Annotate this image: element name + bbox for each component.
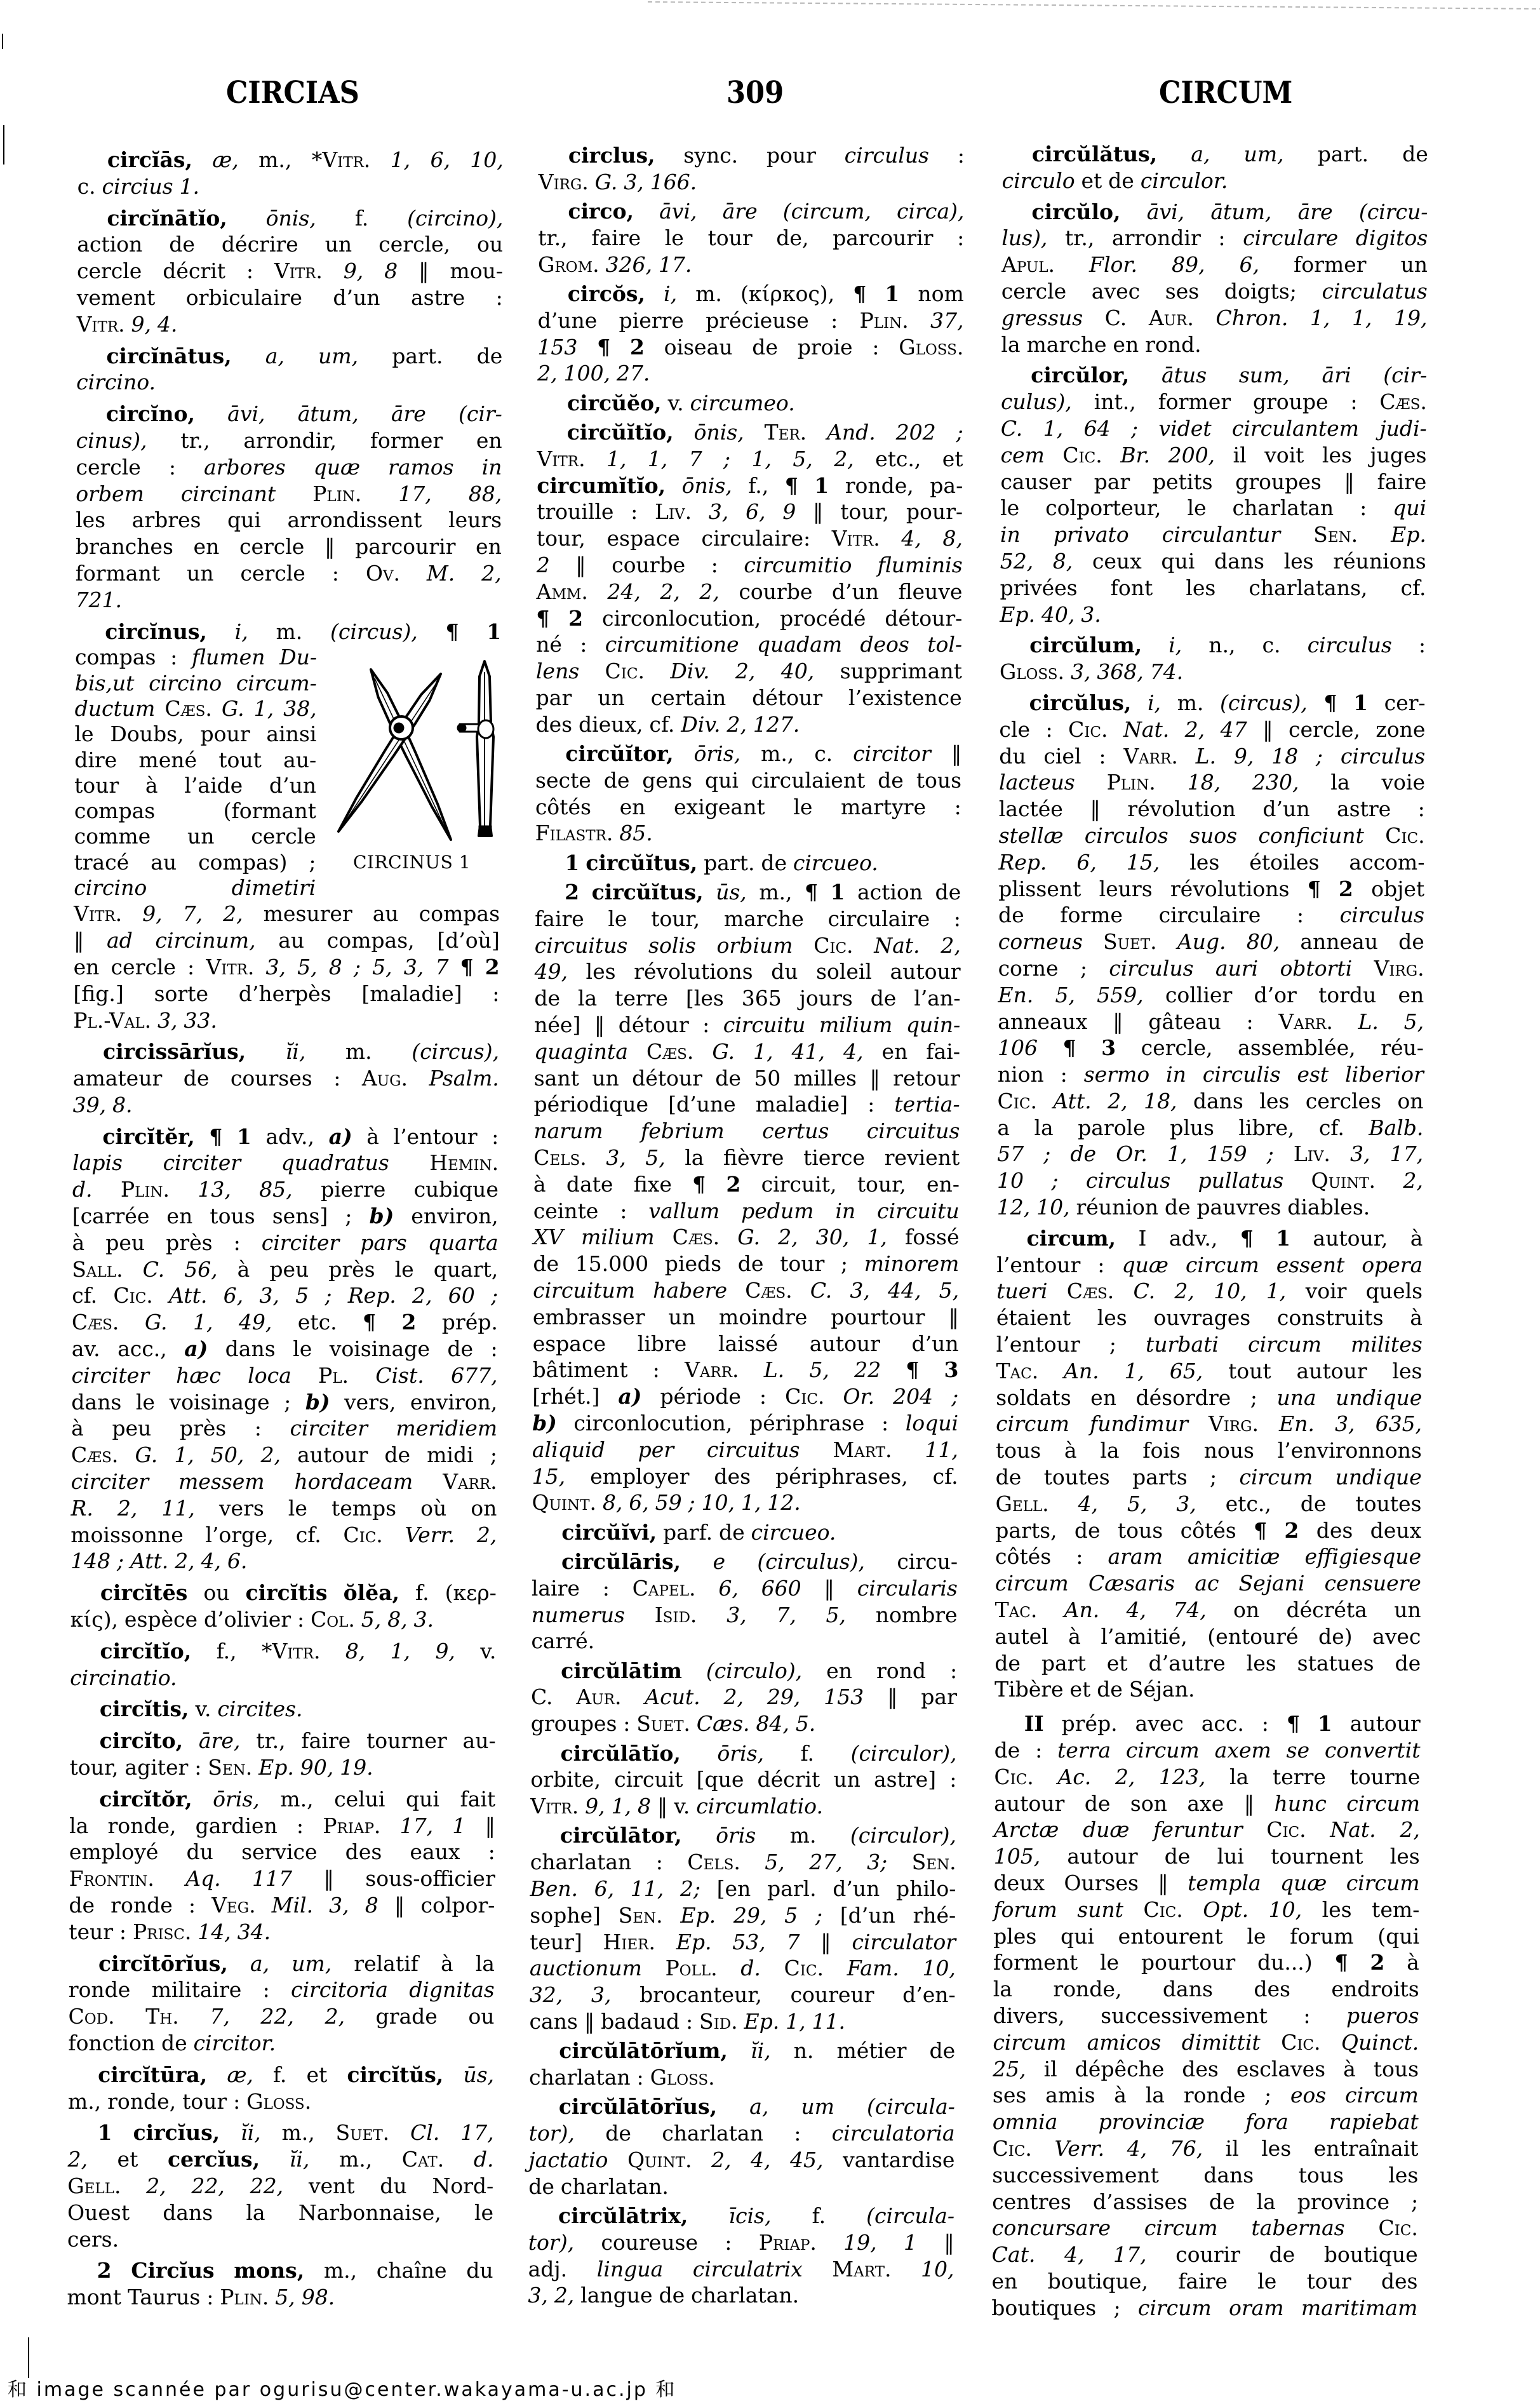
french-text: ‖ (1158, 1871, 1168, 1895)
entry-line: En.5,559,collierd’ortorduen (998, 982, 1424, 1009)
french-text: tem- (1372, 1897, 1419, 1922)
entry-line: de15.000piedsdetour;minorem (533, 1251, 959, 1277)
french-text: fois (1142, 1438, 1181, 1463)
latin-italic-text: 3, (1335, 1411, 1355, 1436)
french-text: le (1000, 495, 1019, 520)
entry-line: 39,8. (73, 1092, 499, 1119)
entry-line: Cic.Verr.4,76,illesentraînait (992, 2135, 1418, 2162)
entry-line: teur]Hier.Ep.53,7‖circulator (530, 1929, 956, 1956)
latin-italic-text: circiter (71, 1469, 149, 1494)
latin-italic-text: Ep. (680, 1903, 716, 1928)
entry-line: autourdesonaxe‖hunccircum (994, 1791, 1420, 1817)
latin-italic-text: a, (265, 344, 285, 368)
latin-italic-text: Balb. (1369, 1115, 1423, 1140)
entry-line: circŭlo,āvi,ātum,āre(circu- (1001, 199, 1428, 225)
latin-italic-text: circum (1186, 1253, 1259, 1277)
french-text: c. (77, 174, 96, 199)
french-text: acc. (1202, 1711, 1244, 1736)
headword-text: ¶ (853, 281, 866, 306)
entry-line: d.Plin.13,85,pierrecubique (72, 1176, 499, 1203)
french-text: côtés (1181, 1518, 1236, 1543)
french-text: née] (534, 1012, 580, 1037)
latin-italic-text: 2, (146, 2174, 166, 2198)
french-text: tour (74, 773, 119, 798)
latin-italic-text: C. (1001, 416, 1023, 441)
latin-italic-text: 8, (942, 526, 963, 551)
latin-italic-text: 117 (252, 1866, 292, 1891)
french-text: de (447, 1336, 473, 1361)
latin-italic-text: circiter (262, 1230, 340, 1255)
headword-text: II (1024, 1711, 1044, 1736)
latin-italic-text: 27. (617, 361, 650, 386)
french-text: collier (1165, 983, 1233, 1007)
french-text: service (241, 1839, 318, 1864)
french-text: tournent (1271, 1844, 1363, 1869)
latin-italic-text: 57 (997, 1141, 1024, 1166)
latin-italic-text: in (1000, 522, 1021, 547)
latin-italic-text: 7 (689, 447, 702, 471)
french-text: ‖ (584, 2009, 595, 2034)
latin-italic-text: 33. (184, 1008, 217, 1033)
french-text: de (994, 1651, 1021, 1676)
entry-line: circĭnātĭo,ōnis,f.(circino), (77, 205, 503, 232)
latin-italic-text: essent (1276, 1253, 1345, 1277)
latin-italic-text: 88, (469, 481, 502, 506)
entry-line: cinus),tr.,arrondir,formeren (76, 427, 502, 454)
entry-line: circumfundimurVirg.En.3,635, (996, 1411, 1422, 1437)
french-text: ‖ (323, 1866, 334, 1891)
french-text: du (186, 1839, 213, 1864)
french-text: lui (1217, 1844, 1244, 1869)
entry-line: cans‖badaud:Sid.Ep.1,11. (529, 2008, 955, 2035)
author-abbreviation: Gloss. (246, 2089, 311, 2114)
latin-italic-text: liberior (1345, 1062, 1424, 1087)
headword-text: ¶ (597, 335, 610, 360)
french-text: ronde, (845, 473, 914, 498)
french-text: sens] (272, 1204, 328, 1228)
dictionary-entry: circŭĭtor,ōris,m.,c.circitor‖sectedegens… (535, 741, 962, 847)
latin-italic-text: 9, (1234, 744, 1254, 769)
french-text: de (715, 1066, 741, 1091)
author-abbreviation: Cic. (1266, 1817, 1306, 1842)
latin-italic-text: 12, (997, 1195, 1031, 1220)
latin-italic-text: maritimam (1301, 2295, 1418, 2320)
french-text: marche (724, 906, 804, 931)
latin-italic-text: quarta (428, 1230, 499, 1255)
latin-italic-text: 4, (1078, 1491, 1098, 1516)
latin-italic-text: 65, (1170, 1359, 1203, 1383)
french-text: né (536, 632, 562, 657)
french-text: le (793, 795, 812, 819)
latin-italic-text: certus (762, 1119, 829, 1143)
french-text: du...) (1257, 1950, 1313, 1975)
latin-italic-text: privato (1054, 522, 1129, 547)
french-text: près (328, 1257, 375, 1282)
entry-line: Gloss.3,368,74. (1000, 659, 1426, 685)
french-text: période (660, 1384, 741, 1409)
entry-line: circlus,sync.pourcirculus: (539, 142, 965, 169)
latin-italic-text: 1, (391, 147, 411, 172)
entry-line: circumamicosdimittitCic.Quinct. (993, 2029, 1419, 2056)
latin-italic-text: effigiesque (1304, 1544, 1421, 1569)
latin-italic-text: tueri (996, 1279, 1048, 1303)
latin-italic-text: circularis (857, 1576, 958, 1601)
latin-italic-text: (circulor), (850, 1823, 956, 1848)
latin-italic-text: C. (810, 1278, 833, 1303)
latin-italic-text: (circulo), (706, 1658, 802, 1683)
french-text: soleil (816, 959, 872, 984)
latin-italic-text: 11, (631, 1876, 664, 1901)
french-text: les (1259, 1089, 1289, 1113)
french-text: bâtiment (532, 1357, 627, 1382)
french-text: voit (1264, 443, 1304, 467)
latin-italic-text: 17, (400, 1813, 434, 1838)
entry-line: Cæs.G.1,50,2,autourdemidi; (71, 1442, 497, 1468)
french-text: charlatan (662, 2121, 763, 2146)
french-text: l’entour (393, 1124, 477, 1149)
latin-italic-text: ĭi, (241, 2120, 261, 2145)
latin-italic-text: 7 (435, 955, 448, 979)
entry-line: tor),coureuse:Priap.19,1‖ (528, 2229, 954, 2256)
french-text: libre, (1238, 1115, 1294, 1140)
author-abbreviation: Cic. (113, 1283, 153, 1308)
latin-italic-text: 721. (75, 588, 122, 612)
entry-line: Amm.24,2,2,courbed’unfleuve (536, 579, 962, 605)
french-text: arrondir, (243, 428, 337, 453)
open-compass-icon (338, 669, 451, 840)
latin-italic-text: orbium (717, 933, 793, 958)
french-text: toutes (1355, 1491, 1421, 1516)
french-text: tr., (180, 428, 210, 453)
author-abbreviation: Prisc. (133, 1919, 192, 1944)
french-text: : (246, 259, 253, 283)
french-text: font (1111, 575, 1153, 600)
french-text: autour (1296, 1359, 1367, 1383)
french-text: ‖ (1262, 717, 1273, 742)
latin-italic-text: (circu- (1359, 199, 1428, 224)
french-text: (entouré (1207, 1624, 1299, 1649)
dictionary-entry: circŭĕo,v.circumeo. (537, 390, 963, 417)
french-text: ‖ (1090, 796, 1101, 821)
entry-line: circĭnātus,a,um,part.de (76, 343, 502, 370)
french-text: ronde (110, 1893, 173, 1918)
latin-italic-text: 3, (591, 1982, 612, 2007)
french-text: par (1094, 469, 1130, 494)
french-text: tous (1299, 2163, 1344, 2188)
latin-italic-text: ōris, (717, 1741, 764, 1766)
latin-italic-text: 326, (605, 252, 652, 277)
french-text: autour, (1313, 1226, 1388, 1251)
entry-line: departetd’autrelesstatuesde (994, 1650, 1421, 1677)
french-text: il (1044, 2057, 1057, 2081)
headword-text: 2 (1339, 877, 1353, 901)
entry-line: 153¶2oiseaudeproie:Gloss. (537, 334, 963, 361)
french-text: espace (533, 1331, 606, 1356)
entry-line: Frontin.Aq.117‖sous-officier (69, 1865, 495, 1892)
french-text: [fig.] (73, 981, 124, 1006)
latin-italic-text: Cat. (992, 2242, 1036, 2267)
entry-line: c.circius1. (77, 173, 504, 200)
latin-italic-text: digitos (1356, 225, 1428, 250)
latin-italic-text: 6, (1076, 850, 1097, 875)
french-text: axe (1187, 1791, 1224, 1816)
headword-text: circŭĭtus, (592, 880, 704, 904)
latin-italic-text: 1, (611, 1794, 631, 1818)
french-text: ou (477, 232, 503, 257)
french-text: de (871, 986, 897, 1011)
dictionary-entry: circŭlātim(circulo),enrond:C.Aur.Acut.2,… (531, 1658, 958, 1737)
entry-line: touràl’aided’un (74, 773, 316, 798)
french-text: pierre (619, 308, 683, 333)
french-text: m. (1177, 690, 1204, 715)
author-abbreviation: Cæs. (1379, 389, 1427, 414)
french-text: former (1158, 389, 1231, 414)
french-text: adv., (265, 1124, 314, 1149)
french-text: ouvrages (1153, 1305, 1250, 1330)
entry-line: circŭlātōrĭus,a,um(circula- (529, 2093, 955, 2120)
latin-italic-text: 22, (250, 2174, 284, 2198)
headword-text: ¶ (692, 1172, 706, 1197)
latin-italic-text: æ, (227, 2062, 253, 2087)
entry-line: circinatio. (70, 1665, 496, 1691)
headword-text: circŭlātor, (560, 1823, 682, 1848)
french-text: autour (1350, 1711, 1421, 1736)
latin-italic-text: lapis (72, 1150, 123, 1175)
entry-line: montTaurus:Plin.5,98. (67, 2284, 493, 2311)
latin-italic-text: 76, (1170, 2136, 1203, 2161)
entry-line: circo,āvi,āre(circum,circa), (538, 198, 964, 225)
entry-line: 57;deOr.1,159;Liv.3,17, (997, 1141, 1423, 1167)
french-text: action (857, 880, 923, 904)
french-text: plissent (998, 877, 1081, 901)
headword-text: circĭtis, (100, 1697, 189, 1721)
entry-line: Cod.Th.7,22,2,gradeou (69, 2003, 495, 2030)
latin-italic-text: 1, (606, 447, 627, 471)
french-text: f. (355, 206, 369, 231)
french-text: courir (1175, 2242, 1240, 2267)
french-text: au- (283, 748, 316, 772)
headword-text: ¶ (906, 1357, 919, 1382)
author-abbreviation: Sid. (699, 2009, 738, 2034)
latin-italic-text: gressus (1001, 306, 1083, 330)
headword-text: 1 (1276, 1226, 1290, 1251)
latin-italic-text: ōnis, (682, 473, 732, 498)
latin-italic-text: (circus), (1220, 690, 1308, 715)
latin-italic-text: 13, (198, 1177, 231, 1202)
latin-italic-text: jactatio (528, 2147, 608, 2172)
author-abbreviation: Quint. (532, 1490, 596, 1515)
latin-italic-text: circino (149, 671, 222, 696)
entry-line: laire:Capel.6,660‖circularis (532, 1575, 958, 1602)
entry-line: 1circŭĭtus,part.decircueo. (535, 850, 961, 877)
latin-italic-text: ad (107, 928, 133, 953)
french-text: de (761, 850, 787, 875)
french-text: le (1257, 2269, 1276, 2294)
french-text: tracé (74, 850, 129, 875)
french-text: réunion (1076, 1195, 1158, 1220)
latin-italic-text: 3; (867, 1850, 887, 1874)
latin-italic-text: 6, (1239, 252, 1259, 277)
french-text: le (395, 1257, 414, 1282)
french-text: : (206, 2285, 213, 2309)
entry-line: circĭās,æ,m.,*Vitr.1,6,10, (77, 147, 504, 173)
french-text: corne (998, 956, 1059, 981)
latin-italic-text: 9, (435, 1639, 455, 1663)
french-text: tour (1306, 2269, 1351, 2294)
headword-text: circŭlātim (561, 1658, 682, 1683)
french-text: rond (876, 1658, 926, 1683)
french-text: v. (667, 391, 683, 415)
french-text: : (1246, 1009, 1253, 1034)
french-text: dire (74, 748, 117, 772)
french-text: ses (993, 2083, 1027, 2107)
french-text: branches (76, 534, 173, 559)
latin-italic-text: ; (1043, 1141, 1050, 1166)
entry-line: embrasserunmoindrepourtour‖ (533, 1304, 959, 1331)
entry-line: narumfebriumcertuscircuitus (533, 1118, 960, 1145)
latin-italic-text: d. (740, 1956, 761, 1980)
french-text: de (1108, 168, 1134, 193)
latin-italic-text: 559, (1097, 983, 1144, 1007)
french-text: faire (1178, 2269, 1228, 2294)
french-text: cf. (933, 1464, 958, 1489)
headword-text: 1 (885, 281, 899, 306)
entry-line: cf.Cic.Att.6,3,5;Rep.2,60; (72, 1282, 498, 1309)
entry-line: tracéaucompas); (74, 850, 316, 875)
french-text: en (74, 955, 100, 979)
latin-italic-text: En. (1279, 1411, 1315, 1436)
latin-italic-text: 2, (554, 2283, 575, 2308)
latin-italic-text: 8, (603, 1490, 623, 1515)
french-text: nous (1204, 1438, 1255, 1463)
french-text: ‖ (820, 1930, 831, 1954)
french-text: qui (705, 768, 739, 793)
latin-italic-text: 127. (753, 712, 800, 737)
french-text: soldats (996, 1385, 1071, 1410)
french-text: fièvre (723, 1145, 784, 1170)
french-text: cer- (1384, 690, 1426, 715)
latin-italic-text: eos (1290, 2083, 1327, 2107)
latin-italic-text: se (1286, 1738, 1309, 1763)
latin-italic-text: Rep. (348, 1283, 396, 1308)
french-text: nom (918, 281, 964, 306)
latin-italic-text: 1, (1167, 1141, 1188, 1166)
scan-artifact (28, 2337, 29, 2378)
french-text: de (69, 1893, 95, 1918)
french-text: successivement (992, 2163, 1159, 2188)
bold-italic-marker: a) (329, 1124, 352, 1149)
entry-line: alaparolepluslibre,cf.Balb. (997, 1115, 1423, 1141)
latin-italic-text: 1, (1043, 416, 1064, 441)
entry-line: côtésenexigeantlemartyre: (535, 794, 961, 821)
latin-italic-text: 32, (530, 1982, 563, 2007)
latin-italic-text: 6. (227, 1549, 248, 1573)
latin-italic-text: circulantur (1162, 522, 1281, 547)
entry-line: circŭlātor,ōrism.(circulor), (530, 1822, 956, 1849)
author-abbreviation: Apul. (1001, 252, 1055, 277)
entry-line: deformecirculaire:circulus (998, 902, 1424, 929)
entry-line: paruncertaindétourl’existence (536, 685, 962, 711)
latin-italic-text: 3, (850, 1278, 870, 1303)
french-text: en (620, 795, 646, 819)
french-text: un (833, 1767, 860, 1792)
french-text: ; (1080, 956, 1087, 981)
latin-italic-text: 106 (998, 1035, 1038, 1060)
french-text: teur (69, 1919, 113, 1944)
author-abbreviation: Pl.-Val. (73, 1008, 151, 1033)
entry-line: fonctiondecircitor. (68, 2030, 494, 2057)
french-text: adv., (1169, 1226, 1218, 1251)
entry-line: circŭlătus,a,um,part.de (1002, 141, 1428, 168)
french-text: anneau (1300, 929, 1378, 954)
french-text: [rhét.] (532, 1384, 599, 1409)
french-text: : (263, 1977, 270, 2002)
entry-line: concursarecircumtabernasCic. (992, 2215, 1418, 2241)
french-text: int., (1094, 389, 1136, 414)
french-text: de (878, 768, 904, 793)
entry-line: OuestdanslaNarbonnaise,le (67, 2200, 493, 2226)
french-text: n. (794, 2038, 814, 2063)
french-text: de (533, 1251, 559, 1276)
french-text: de (659, 2283, 685, 2308)
french-text: pour- (906, 499, 963, 524)
latin-italic-text: 153 (537, 335, 577, 360)
french-text: faire (591, 225, 641, 250)
french-text: de (1085, 1791, 1111, 1816)
latin-italic-text: axem (1215, 1738, 1271, 1763)
latin-italic-text: 1, (786, 2009, 806, 2034)
latin-italic-text: 2, (1403, 1168, 1423, 1193)
headword-text: ¶ (1240, 1226, 1254, 1251)
entry-line: 105,autourdeluitournentles (994, 1843, 1420, 1870)
author-abbreviation: Poll. (665, 1956, 717, 1980)
french-text: faire (301, 1728, 351, 1753)
french-text: vement (77, 285, 156, 310)
french-text: cercle (76, 455, 141, 480)
latin-italic-text: circulare (1243, 225, 1338, 250)
french-text: agiter (124, 1755, 188, 1780)
entry-line: cercle:arboresquæramosin (76, 454, 502, 481)
entry-line: circumĭtĭo,ōnis,f.,¶1ronde,pa- (537, 473, 963, 499)
french-text: compas (74, 798, 156, 823)
entry-line: circĭtis,v.circites. (70, 1696, 496, 1723)
latin-italic-text: 5, (297, 955, 318, 979)
entry-line: diremenétoutau- (74, 748, 316, 773)
french-text: : (958, 143, 965, 168)
french-text: moindre (719, 1305, 808, 1329)
author-abbreviation: Varr. (685, 1357, 739, 1382)
latin-italic-text: circueo. (751, 1520, 836, 1545)
entry-line: Sall.C.56,àpeuprèslequart, (72, 1256, 498, 1283)
latin-italic-text: Acut. (645, 1684, 700, 1709)
latin-italic-text: 1, (751, 447, 772, 471)
french-text: de (1301, 1491, 1327, 1516)
latin-italic-text: 18, (1188, 770, 1221, 795)
entry-line: C.1,64;videtcirculantemjudi- (1001, 415, 1427, 442)
french-text: sous-officier (365, 1866, 495, 1891)
latin-italic-text: 1, (753, 1039, 773, 1064)
latin-italic-text: Arctæ (994, 1817, 1059, 1842)
latin-italic-text: d. (474, 2147, 494, 2172)
latin-italic-text: messem (178, 1469, 265, 1494)
french-text: adj. (528, 2257, 568, 2282)
latin-italic-text: Opt. (1203, 1897, 1249, 1922)
french-text: : (194, 1755, 201, 1780)
french-text: tous (1374, 2057, 1419, 2081)
entry-line: [rhét.]a)période:Cic.Or.204; (532, 1383, 958, 1410)
latin-italic-text: 59 (655, 1490, 682, 1515)
entry-line: cers. (67, 2226, 493, 2253)
